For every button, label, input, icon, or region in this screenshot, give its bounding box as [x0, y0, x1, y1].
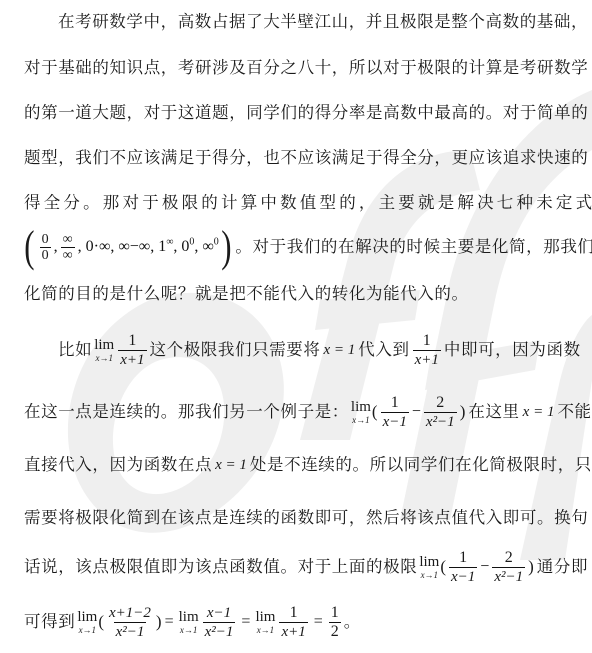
- minus: −: [412, 402, 421, 422]
- formula-line-example-2: 在这一点是连续的。那我们另一个例子是： lim x→1 ( 1 x−1 − 2 …: [24, 392, 584, 432]
- text: 中即可，因为函数: [444, 340, 581, 360]
- left-paren: (: [98, 612, 104, 632]
- text: 直接代入，因为函数在点: [24, 455, 212, 475]
- fraction: 1 x+1: [118, 332, 146, 369]
- fraction: 1 x−1: [449, 549, 477, 586]
- text-line: 在考研数学中，高数占据了大半壁江山，并且极限是整个高数的基础，: [58, 12, 592, 32]
- formula-line-result: 可得到 lim x→1 ( x+1−2 x²−1 ) = lim x→1 x−1…: [24, 601, 584, 643]
- equals: =: [165, 612, 174, 632]
- limit-operator: lim x→1: [94, 338, 114, 363]
- fraction: x+1−2 x²−1: [107, 604, 153, 641]
- limit-operator: lim x→1: [77, 610, 97, 635]
- equation: x = 1: [324, 340, 356, 360]
- text: 通分即: [537, 557, 588, 577]
- text: 比如: [58, 340, 92, 360]
- text: 话说，该点极限值即为该点函数值。对于上面的极限: [24, 557, 417, 577]
- text: 不能: [557, 402, 591, 422]
- left-paren: (: [440, 557, 446, 577]
- right-paren: ): [221, 225, 231, 269]
- text-line: 的第一道大题，对于这道题，同学们的得分率是高数中最高的。对于简单的: [24, 103, 584, 123]
- right-paren: ): [460, 402, 466, 422]
- text-line: 需要将极限化简到在该点是连续的函数即可，然后将该点值代入即可。换句: [24, 508, 584, 528]
- right-paren: ): [528, 557, 534, 577]
- minus: −: [480, 557, 489, 577]
- formula-line-example-1: 比如 lim x→1 1 x+1 这个极限我们只需要将 x = 1 代入到 1 …: [58, 330, 592, 370]
- text-line: 化简的目的是什么呢？就是把不能代入的转化为能代入的。: [24, 284, 584, 304]
- fraction-inf-over-inf: ∞ ∞: [61, 232, 75, 263]
- text: 可得到: [24, 612, 75, 632]
- right-paren: ): [156, 612, 162, 632]
- limit-operator: lim x→1: [351, 400, 371, 425]
- text: 在这里: [468, 402, 519, 422]
- text: 这个极限我们只需要将: [150, 340, 321, 360]
- text: 处是不连续的。所以同学们在化简极限时，只: [250, 455, 592, 475]
- fraction: 2 x²−1: [424, 394, 457, 431]
- left-paren: (: [372, 402, 378, 422]
- text-line: 直接代入，因为函数在点 x = 1 处是不连续的。所以同学们在化简极限时，只: [24, 455, 584, 475]
- formula-line-example-3: 话说，该点极限值即为该点函数值。对于上面的极限 lim x→1 ( 1 x−1 …: [24, 547, 584, 587]
- text: 代入到: [358, 340, 409, 360]
- text-line: 题型，我们不应该满足于得分，也不应该满足于得全分，更应该追求快速的: [24, 148, 584, 168]
- text-line: 得全分。那对于极限的计算中数值型的，主要就是解决七种未定式: [24, 193, 584, 213]
- limit-operator: lim x→1: [255, 610, 275, 635]
- fraction-one-half: 1 2: [329, 604, 341, 641]
- left-paren: (: [24, 225, 34, 269]
- formula-line-indeterminate-forms: ( 0 0 , ∞ ∞ , 0·∞, ∞−∞, 1∞, 00, ∞0 ) 。对于…: [22, 222, 582, 272]
- text-line: 对于基础的知识点，考研涉及百分之八十，所以对于极限的计算是考研数学: [24, 58, 584, 78]
- equals: =: [241, 612, 250, 632]
- text: 在这一点是连续的。那我们另一个例子是：: [24, 402, 349, 422]
- equation: x = 1: [523, 402, 555, 422]
- fraction: 2 x²−1: [492, 549, 525, 586]
- period: 。: [344, 612, 361, 632]
- equation: x = 1: [215, 455, 247, 475]
- comma: ,: [54, 237, 58, 257]
- equals: =: [314, 612, 323, 632]
- limit-operator: lim x→1: [419, 555, 439, 580]
- fraction: 1 x−1: [381, 394, 409, 431]
- fraction: 1 x+1: [413, 332, 441, 369]
- fraction-zero-over-zero: 0 0: [40, 232, 51, 263]
- fraction: x−1 x²−1: [203, 604, 236, 641]
- text-line: 。对于我们的在解决的时候主要是化简，那我们: [235, 237, 592, 257]
- limit-operator: lim x→1: [179, 610, 199, 635]
- indeterminate-forms-list: , 0·∞, ∞−∞, 1∞, 00, ∞0: [78, 237, 219, 257]
- fraction: 1 x+1: [279, 604, 307, 641]
